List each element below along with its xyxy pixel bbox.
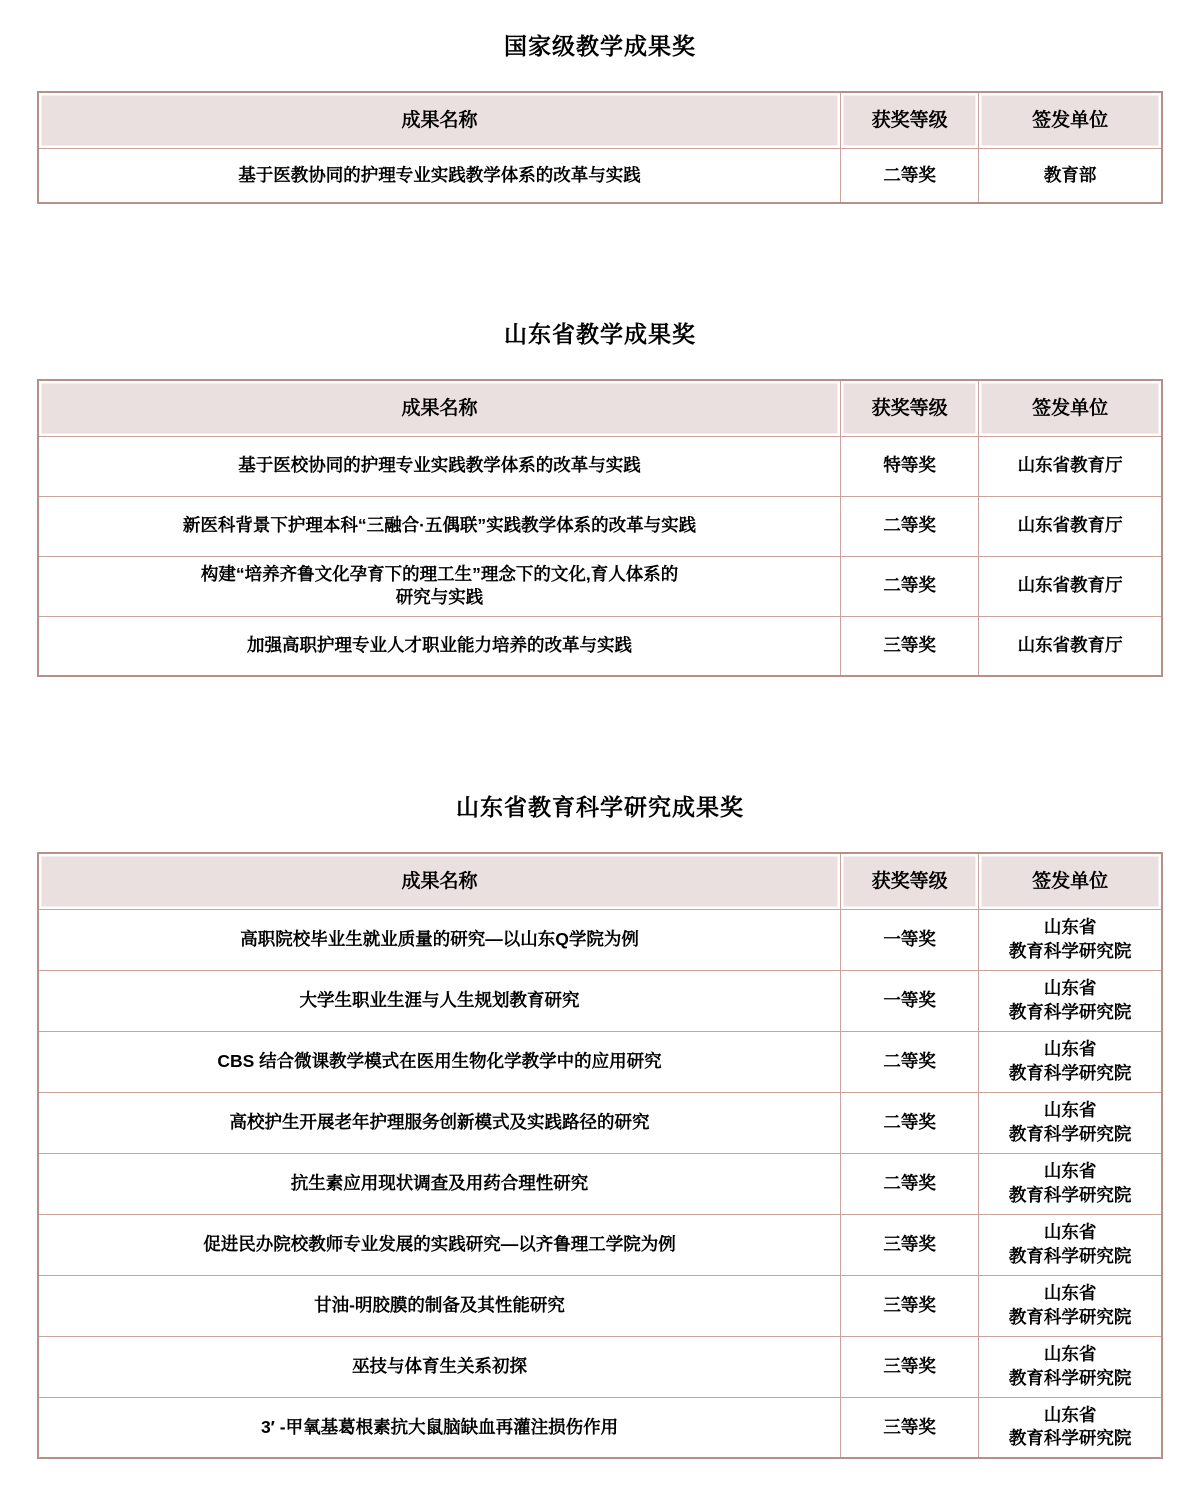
issuer-cell: 山东省 教育科学研究院	[979, 1397, 1162, 1458]
table-row: 抗生素应用现状调查及用药合理性研究 二等奖 山东省 教育科学研究院	[38, 1153, 1162, 1214]
award-level-cell: 二等奖	[841, 148, 979, 203]
award-level-cell: 三等奖	[841, 616, 979, 676]
col-header-name: 成果名称	[38, 92, 841, 148]
issuer-cell: 教育部	[979, 148, 1162, 203]
achievement-name-cell: 大学生职业生涯与人生规划教育研究	[38, 970, 841, 1031]
table-row: 3′ -甲氧基葛根素抗大鼠脑缺血再灌注损伤作用 三等奖 山东省 教育科学研究院	[38, 1397, 1162, 1458]
table-row: 巫技与体育生关系初探 三等奖 山东省 教育科学研究院	[38, 1336, 1162, 1397]
issuer-cell: 山东省 教育科学研究院	[979, 1336, 1162, 1397]
achievement-name-cell: 抗生素应用现状调查及用药合理性研究	[38, 1153, 841, 1214]
award-level-cell: 二等奖	[841, 556, 979, 616]
award-level-cell: 二等奖	[841, 496, 979, 556]
col-header-level: 获奖等级	[841, 853, 979, 909]
col-header-issuer: 签发单位	[979, 380, 1162, 436]
achievement-name-cell: 促进民办院校教师专业发展的实践研究—以齐鲁理工学院为例	[38, 1214, 841, 1275]
achievement-name-cell: 构建“培养齐鲁文化孕育下的理工生”理念下的文化,育人体系的 研究与实践	[38, 556, 841, 616]
table-row: 基于医教协同的护理专业实践教学体系的改革与实践 二等奖 教育部	[38, 148, 1162, 203]
achievement-name-cell: 基于医教协同的护理专业实践教学体系的改革与实践	[38, 148, 841, 203]
award-level-cell: 三等奖	[841, 1336, 979, 1397]
col-header-level: 获奖等级	[841, 380, 979, 436]
col-header-issuer: 签发单位	[979, 853, 1162, 909]
issuer-cell: 山东省 教育科学研究院	[979, 1214, 1162, 1275]
table-row: 新医科背景下护理本科“三融合·五偶联”实践教学体系的改革与实践 二等奖 山东省教…	[38, 496, 1162, 556]
award-level-cell: 三等奖	[841, 1214, 979, 1275]
table-row: 促进民办院校教师专业发展的实践研究—以齐鲁理工学院为例 三等奖 山东省 教育科学…	[38, 1214, 1162, 1275]
achievement-name-cell: 新医科背景下护理本科“三融合·五偶联”实践教学体系的改革与实践	[38, 496, 841, 556]
achievement-name-cell: 基于医校协同的护理专业实践教学体系的改革与实践	[38, 436, 841, 496]
achievement-name-cell: CBS 结合微课教学模式在医用生物化学教学中的应用研究	[38, 1031, 841, 1092]
provincial-research-award-title: 山东省教育科学研究成果奖	[37, 789, 1163, 822]
issuer-cell: 山东省 教育科学研究院	[979, 909, 1162, 970]
issuer-cell: 山东省 教育科学研究院	[979, 1031, 1162, 1092]
table-row: 高校护生开展老年护理服务创新模式及实践路径的研究 二等奖 山东省 教育科学研究院	[38, 1092, 1162, 1153]
provincial-teaching-award-section: 山东省教学成果奖 成果名称 获奖等级 签发单位 基于医校协同的护理专业实践教学体…	[37, 316, 1163, 677]
achievement-name-cell: 高职院校毕业生就业质量的研究—以山东Q学院为例	[38, 909, 841, 970]
table-row: 加强高职护理专业人才职业能力培养的改革与实践 三等奖 山东省教育厅	[38, 616, 1162, 676]
award-level-cell: 三等奖	[841, 1275, 979, 1336]
award-level-cell: 二等奖	[841, 1031, 979, 1092]
header-row: 成果名称 获奖等级 签发单位	[38, 380, 1162, 436]
award-level-cell: 二等奖	[841, 1092, 979, 1153]
issuer-cell: 山东省教育厅	[979, 496, 1162, 556]
award-level-cell: 三等奖	[841, 1397, 979, 1458]
issuer-cell: 山东省教育厅	[979, 556, 1162, 616]
achievement-name-cell: 巫技与体育生关系初探	[38, 1336, 841, 1397]
provincial-teaching-award-table: 成果名称 获奖等级 签发单位 基于医校协同的护理专业实践教学体系的改革与实践 特…	[37, 379, 1163, 677]
table-row: 基于医校协同的护理专业实践教学体系的改革与实践 特等奖 山东省教育厅	[38, 436, 1162, 496]
award-level-cell: 二等奖	[841, 1153, 979, 1214]
issuer-cell: 山东省 教育科学研究院	[979, 1153, 1162, 1214]
header-row: 成果名称 获奖等级 签发单位	[38, 853, 1162, 909]
achievement-name-cell: 3′ -甲氧基葛根素抗大鼠脑缺血再灌注损伤作用	[38, 1397, 841, 1458]
table-row: 高职院校毕业生就业质量的研究—以山东Q学院为例 一等奖 山东省 教育科学研究院	[38, 909, 1162, 970]
national-award-title: 国家级教学成果奖	[37, 28, 1163, 61]
award-level-cell: 一等奖	[841, 970, 979, 1031]
issuer-cell: 山东省教育厅	[979, 616, 1162, 676]
issuer-cell: 山东省 教育科学研究院	[979, 970, 1162, 1031]
col-header-name: 成果名称	[38, 853, 841, 909]
national-award-table: 成果名称 获奖等级 签发单位 基于医教协同的护理专业实践教学体系的改革与实践 二…	[37, 91, 1163, 204]
col-header-name: 成果名称	[38, 380, 841, 436]
table-row: 大学生职业生涯与人生规划教育研究 一等奖 山东省 教育科学研究院	[38, 970, 1162, 1031]
achievement-name-cell: 甘油-明胶膜的制备及其性能研究	[38, 1275, 841, 1336]
table-row: 构建“培养齐鲁文化孕育下的理工生”理念下的文化,育人体系的 研究与实践 二等奖 …	[38, 556, 1162, 616]
award-level-cell: 一等奖	[841, 909, 979, 970]
col-header-issuer: 签发单位	[979, 92, 1162, 148]
provincial-research-award-section: 山东省教育科学研究成果奖 成果名称 获奖等级 签发单位 高职院校毕业生就业质量的…	[37, 789, 1163, 1459]
header-row: 成果名称 获奖等级 签发单位	[38, 92, 1162, 148]
award-level-cell: 特等奖	[841, 436, 979, 496]
national-award-section: 国家级教学成果奖 成果名称 获奖等级 签发单位 基于医教协同的护理专业实践教学体…	[37, 28, 1163, 204]
provincial-teaching-award-title: 山东省教学成果奖	[37, 316, 1163, 349]
table-row: 甘油-明胶膜的制备及其性能研究 三等奖 山东省 教育科学研究院	[38, 1275, 1162, 1336]
document-page: 国家级教学成果奖 成果名称 获奖等级 签发单位 基于医教协同的护理专业实践教学体…	[0, 0, 1200, 1499]
achievement-name-cell: 高校护生开展老年护理服务创新模式及实践路径的研究	[38, 1092, 841, 1153]
issuer-cell: 山东省 教育科学研究院	[979, 1275, 1162, 1336]
provincial-research-award-table: 成果名称 获奖等级 签发单位 高职院校毕业生就业质量的研究—以山东Q学院为例 一…	[37, 852, 1163, 1459]
achievement-name-cell: 加强高职护理专业人才职业能力培养的改革与实践	[38, 616, 841, 676]
issuer-cell: 山东省教育厅	[979, 436, 1162, 496]
col-header-level: 获奖等级	[841, 92, 979, 148]
table-row: CBS 结合微课教学模式在医用生物化学教学中的应用研究 二等奖 山东省 教育科学…	[38, 1031, 1162, 1092]
issuer-cell: 山东省 教育科学研究院	[979, 1092, 1162, 1153]
